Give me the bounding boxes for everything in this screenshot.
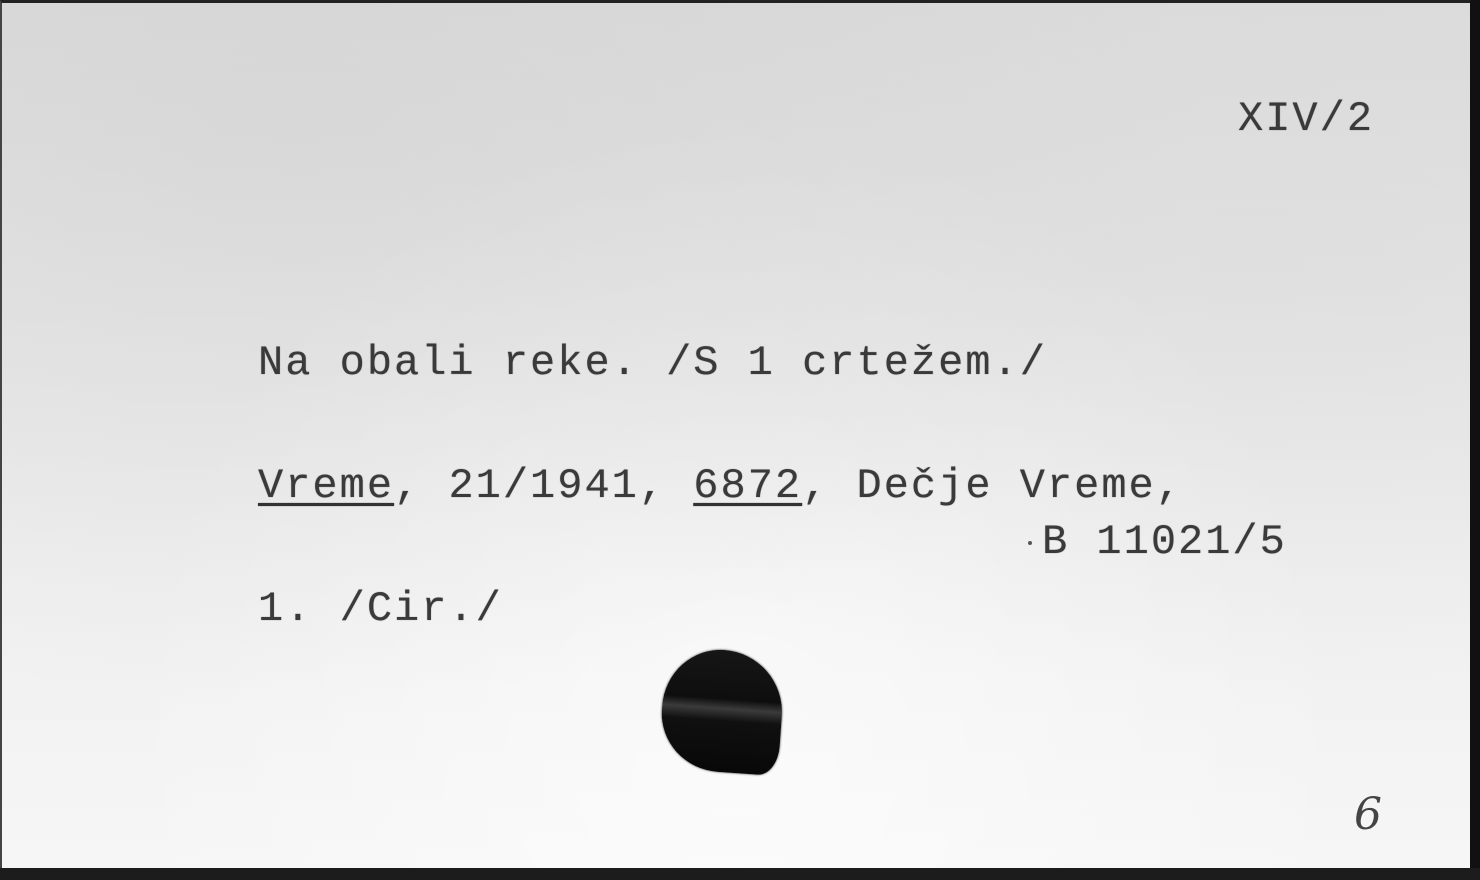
entry-line-1: Na obali reke. /S 1 crtežem./ [258, 343, 1183, 384]
entry-title: Na obali reke. [258, 339, 666, 387]
scan-border-right [1470, 0, 1480, 880]
section-name: , Dečje Vreme, [802, 462, 1183, 510]
issue-number: 6872 [693, 462, 802, 510]
call-number: XIV/2 [1238, 95, 1374, 143]
bibliographic-entry: Na obali reke. /S 1 crtežem./ Vreme, 21/… [258, 261, 1183, 712]
speck [1028, 541, 1032, 545]
entry-line-3: 1. /Cir./ [258, 589, 1183, 630]
scan-border-bottom [0, 868, 1480, 880]
periodical-name: Vreme [258, 462, 394, 510]
catalog-card: XIV/2 Na obali reke. /S 1 crtežem./ Vrem… [0, 0, 1470, 868]
shelf-mark: B 11021/5 [1042, 518, 1287, 566]
entry-illustration-note: /S 1 crtežem./ [666, 339, 1047, 387]
volume-year: , 21/1941, [394, 462, 693, 510]
handwritten-number: 6 [1354, 789, 1382, 840]
entry-line-2: Vreme, 21/1941, 6872, Dečje Vreme, [258, 466, 1183, 507]
